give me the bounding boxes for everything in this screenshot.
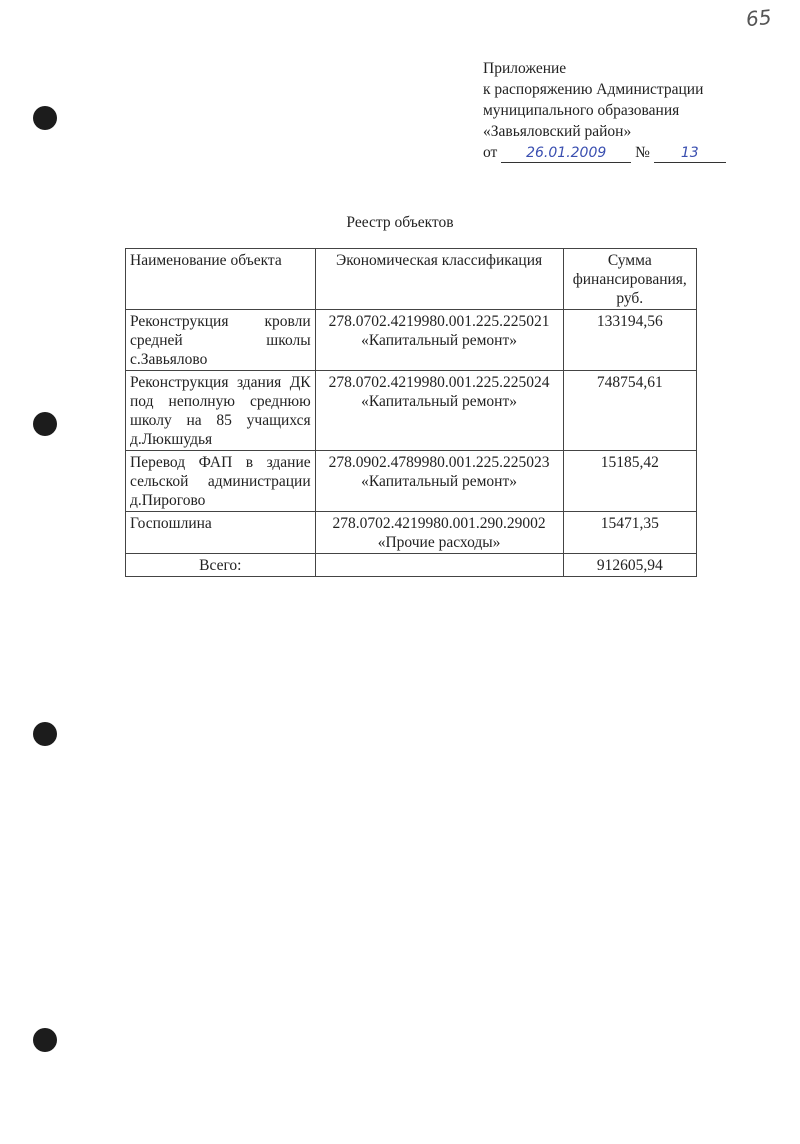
- sum-cell: 133194,56: [563, 310, 696, 371]
- classification-cell: 278.0902.4789980.001.225.225023«Капиталь…: [315, 451, 563, 512]
- object-name: Госпошлина: [126, 512, 316, 554]
- table-row: Госпошлина 278.0702.4219980.001.290.2900…: [126, 512, 697, 554]
- classification-cell: 278.0702.4219980.001.290.29002«Прочие ра…: [315, 512, 563, 554]
- appendix-line: муниципального образования: [483, 100, 726, 121]
- object-name: Перевод ФАП в здание сельской администра…: [126, 451, 316, 512]
- classification-note: «Капитальный ремонт»: [320, 331, 559, 350]
- classification-code: 278.0702.4219980.001.225.225021: [320, 312, 559, 331]
- header-classification: Экономическая классификация: [315, 249, 563, 310]
- table-header-row: Наименование объекта Экономическая класс…: [126, 249, 697, 310]
- table-row: Реконструкция кровли средней школы с.Зав…: [126, 310, 697, 371]
- total-row: Всего: 912605,94: [126, 554, 697, 577]
- total-label: Всего:: [126, 554, 316, 577]
- classification-note: «Прочие расходы»: [320, 533, 559, 552]
- total-classification: [315, 554, 563, 577]
- classification-code: 278.0702.4219980.001.225.225024: [320, 373, 559, 392]
- date-number-line: от 26.01.2009 № 13: [483, 142, 726, 163]
- date-field: 26.01.2009: [501, 145, 631, 163]
- table-row: Реконструкция здания ДК под неполную сре…: [126, 371, 697, 451]
- classification-code: 278.0902.4789980.001.225.225023: [320, 453, 559, 472]
- object-name: Реконструкция кровли средней школы с.Зав…: [126, 310, 316, 371]
- binder-hole: [33, 106, 57, 130]
- header-sum: Сумма финансирования, руб.: [563, 249, 696, 310]
- number-prefix: №: [635, 144, 650, 161]
- total-sum: 912605,94: [563, 554, 696, 577]
- number-field: 13: [654, 145, 726, 163]
- classification-cell: 278.0702.4219980.001.225.225024«Капиталь…: [315, 371, 563, 451]
- sum-cell: 15471,35: [563, 512, 696, 554]
- appendix-header: Приложение к распоряжению Администрации …: [483, 58, 726, 163]
- sum-cell: 748754,61: [563, 371, 696, 451]
- document-title: Реестр объектов: [0, 214, 800, 232]
- object-name: Реконструкция здания ДК под неполную сре…: [126, 371, 316, 451]
- classification-cell: 278.0702.4219980.001.225.225021«Капиталь…: [315, 310, 563, 371]
- header-name: Наименование объекта: [126, 249, 316, 310]
- classification-note: «Капитальный ремонт»: [320, 392, 559, 411]
- sum-cell: 15185,42: [563, 451, 696, 512]
- binder-hole: [33, 1028, 57, 1052]
- appendix-line: Приложение: [483, 58, 726, 79]
- classification-note: «Капитальный ремонт»: [320, 472, 559, 491]
- classification-code: 278.0702.4219980.001.290.29002: [320, 514, 559, 533]
- registry-table: Наименование объекта Экономическая класс…: [125, 248, 697, 577]
- handwritten-page-number: 65: [745, 5, 773, 32]
- appendix-line: к распоряжению Администрации: [483, 79, 726, 100]
- table-row: Перевод ФАП в здание сельской администра…: [126, 451, 697, 512]
- binder-hole: [33, 412, 57, 436]
- binder-hole: [33, 722, 57, 746]
- date-prefix: от: [483, 144, 497, 161]
- appendix-line: «Завьяловский район»: [483, 121, 726, 142]
